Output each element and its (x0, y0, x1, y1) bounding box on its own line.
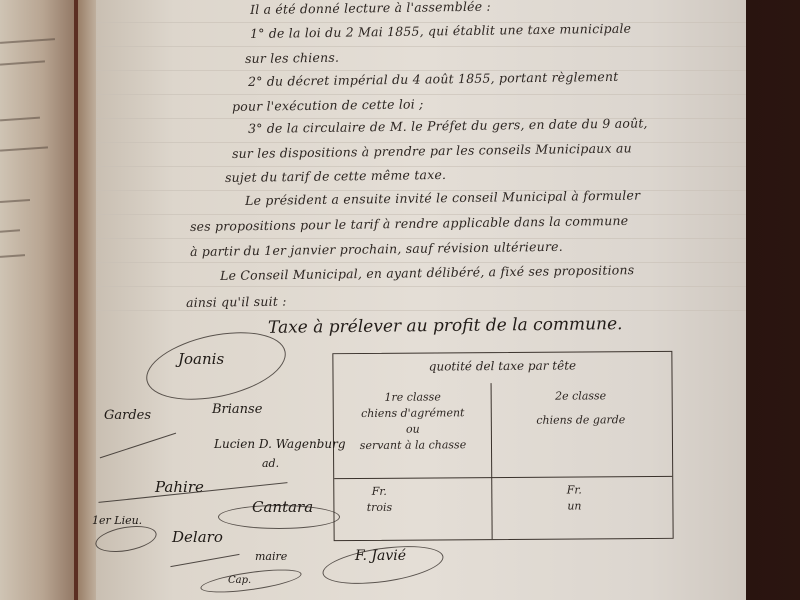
text-line: sujet du tarif de cette même taxe. (225, 167, 446, 185)
left-page-handwriting (0, 254, 25, 258)
class-2-label: 2e classe (496, 388, 666, 405)
signature: Lucien D. Wagenburg (214, 437, 346, 451)
left-page-handwriting (0, 229, 20, 232)
text-line: ainsi qu'il suit : (186, 294, 287, 310)
class-1-desc: chiens d'agrément (338, 405, 488, 422)
class-1-label: 1re classe (338, 389, 488, 406)
class-1-desc: servant à la chasse (338, 437, 488, 454)
left-page (0, 0, 78, 600)
tax-table-header: quotité del taxe par tête (333, 358, 671, 374)
class-2-desc: chiens de garde (496, 412, 666, 429)
class-1-cell: 1re classe chiens d'agrément ou servant … (338, 389, 488, 454)
left-page-handwriting (0, 38, 55, 44)
signature: Delaro (172, 528, 223, 546)
class-1-desc: ou (338, 421, 488, 438)
tax-table: quotité del taxe par tête 1re classe chi… (332, 351, 673, 541)
left-page-handwriting (0, 199, 30, 203)
class-2-amount: Fr. un (534, 482, 614, 515)
signature: Joanis (178, 350, 224, 368)
class-2-cell: 2e classe chiens de garde (496, 388, 666, 429)
class-1-value: trois (344, 500, 414, 516)
signature: Brianse (212, 402, 262, 417)
class-1-unit: Fr. (344, 484, 414, 500)
signature: Pahire (155, 478, 204, 496)
signature: Gardes (104, 408, 151, 423)
left-page-handwriting (0, 146, 48, 151)
table-column-divider (491, 383, 493, 539)
class-1-amount: Fr. trois (344, 484, 414, 516)
signature: ad. (262, 457, 279, 470)
class-2-unit: Fr. (534, 482, 614, 499)
class-2-value: un (534, 498, 614, 515)
signature: F. Javié (355, 548, 406, 564)
signature: Cap. (228, 575, 251, 586)
signature: Cantara (252, 498, 313, 516)
text-line: pour l'exécution de cette loi ; (232, 96, 424, 114)
table-row-divider (334, 476, 672, 479)
left-page-handwriting (0, 60, 45, 65)
signature: maire (255, 550, 287, 563)
left-page-handwriting (0, 117, 40, 122)
table-title: Taxe à prélever au profit de la commune. (268, 314, 623, 338)
text-line: sur les chiens. (245, 50, 339, 66)
